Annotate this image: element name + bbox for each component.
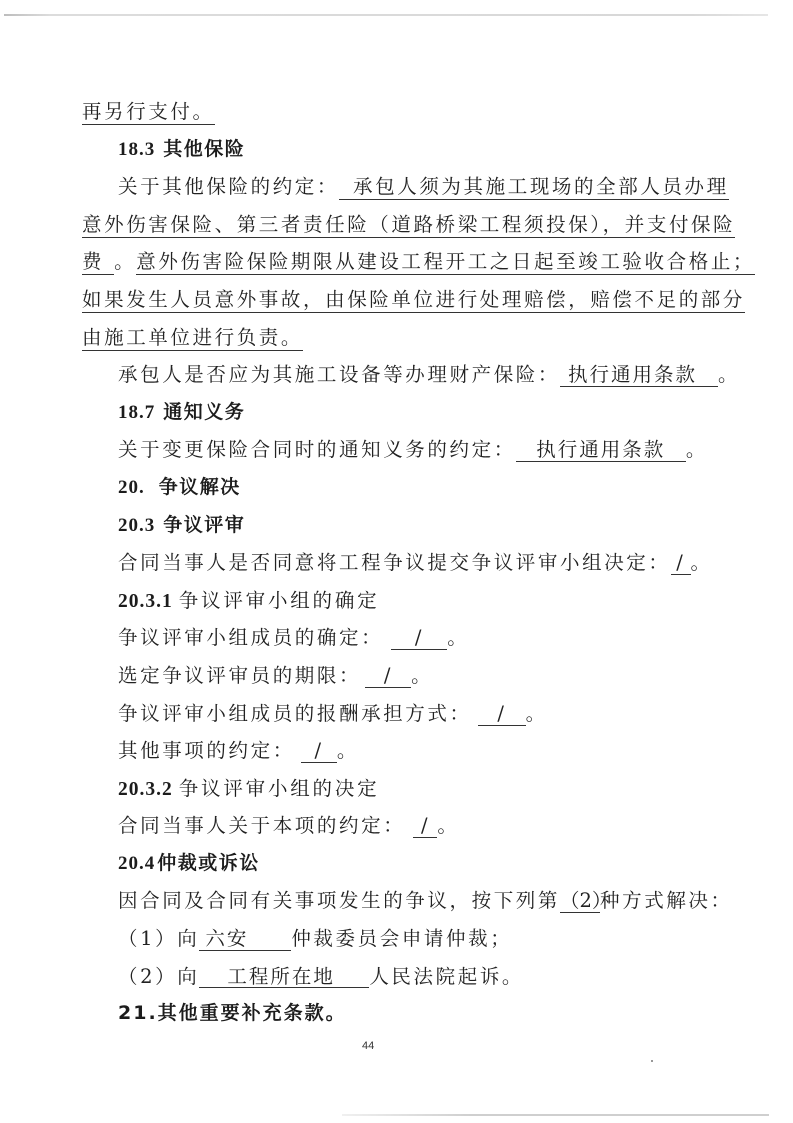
punctuation: 。 [447,626,469,649]
section-title: 通知义务 [163,401,245,423]
field-value: 执行通用条款 [560,364,718,387]
field-label: 因合同及合同有关事项发生的争议，按下列第 [118,889,560,912]
punctuation: 。 [337,739,359,762]
field-label: 争议评审小组成员的确定： [118,626,383,649]
option-prefix: （1）向 [118,927,199,950]
field-label: 其他事项的约定： [118,739,295,762]
field-value: （2） [560,890,600,913]
field-value: 由施工单位进行负责。 [82,326,303,351]
underlined-text: 再另行支付。 [82,100,215,125]
section-heading-21: 21.其他重要补充条款。 [82,995,682,1033]
field-value: 六安 [199,928,291,951]
scan-edge-bottom [342,1114,769,1116]
field-label: 关于变更保险合同时的通知义务的约定： [118,438,516,461]
section-number: 18.3 [118,139,155,160]
field-value: / [671,552,691,575]
option-suffix: 仲裁委员会申请仲裁； [291,927,512,950]
text-line: 合同当事人是否同意将工程争议提交争议评审小组决定：/。 [82,544,682,582]
section-title: 争议评审 [163,514,245,536]
section-title: 21.其他重要补充条款。 [118,1002,347,1024]
section-number: 20.3.1 [118,591,173,612]
section-heading-20-3-1: 20.3.1争议评审小组的确定 [82,582,682,620]
punctuation: 。 [411,664,433,687]
field-value: / [478,703,526,726]
text-line: 其他事项的约定：/。 [82,732,682,770]
punctuation: 。 [718,363,740,386]
field-value: 意外伤害险保险期限从建设工程开工之日起至竣工验收合格止； [136,250,755,275]
punctuation: 。 [691,551,713,574]
section-heading-20: 20.争议解决 [82,469,682,507]
field-value: 工程所在地 [199,966,369,988]
section-title: 其他保险 [163,138,245,160]
field-label: 种方式解决： [600,889,733,912]
section-title: 争议评审小组的决定 [179,777,380,800]
punctuation: 。 [437,814,459,837]
section-heading-20-3: 20.3争议评审 [82,507,682,545]
scan-edge-top [4,14,768,16]
scan-speck [651,1060,653,1062]
field-label: 关于其他保险的约定： [118,175,339,198]
text-line: 关于变更保险合同时的通知义务的约定：执行通用条款。 [82,431,682,469]
section-number: 20.3.2 [118,779,173,800]
document-page: 再另行支付。 18.3其他保险 关于其他保险的约定：承包人须为其施工现场的全部人… [82,93,682,1033]
text-line: 选定争议评审员的期限：/。 [82,657,682,695]
field-value: / [365,665,411,688]
section-title: 争议解决 [159,476,241,498]
section-title: 争议评审小组的确定 [179,589,380,612]
section-number: 20.3 [118,515,155,536]
field-label: 合同当事人是否同意将工程争议提交争议评审小组决定： [118,551,671,574]
section-number: 20.4 [118,853,155,874]
text-line: 因合同及合同有关事项发生的争议，按下列第（2）种方式解决： [82,882,682,920]
field-value: 意外伤害保险、第三者责任险（道路桥梁工程须投保），并支付保险 [82,213,735,238]
field-label: 承包人是否应为其施工设备等办理财产保险： [118,363,560,386]
field-value: / [391,627,447,650]
section-number: 20. [118,477,145,498]
text-line: 争议评审小组成员的报酬承担方式：/。 [82,695,682,733]
field-label: 选定争议评审员的期限： [118,664,361,687]
text-line: 关于其他保险的约定：承包人须为其施工现场的全部人员办理 [82,168,682,206]
section-number: 18.7 [118,402,155,423]
punctuation: 。 [114,250,136,273]
field-value: 费 [82,250,114,275]
field-value: 承包人须为其施工现场的全部人员办理 [339,175,729,200]
text-line: （2）向工程所在地人民法院起诉。 [82,958,682,996]
text-line: 意外伤害保险、第三者责任险（道路桥梁工程须投保），并支付保险 [82,206,682,244]
field-value: / [301,740,337,763]
punctuation: 。 [526,702,548,725]
field-value: 执行通用条款 [516,439,686,462]
section-heading-20-3-2: 20.3.2争议评审小组的决定 [82,770,682,808]
option-suffix: 人民法院起诉。 [369,965,524,988]
field-value: / [413,815,437,838]
text-line: 费。意外伤害险保险期限从建设工程开工之日起至竣工验收合格止； [82,243,682,281]
text-line: 再另行支付。 [82,93,682,131]
section-title: 仲裁或诉讼 [157,852,260,874]
field-label: 合同当事人关于本项的约定： [118,814,405,837]
text-line: 承包人是否应为其施工设备等办理财产保险：执行通用条款。 [82,356,682,394]
text-line: 合同当事人关于本项的约定：/。 [82,807,682,845]
text-line: 如果发生人员意外事故，由保险单位进行处理赔偿，赔偿不足的部分 [82,281,682,319]
section-heading-20-4: 20.4仲裁或诉讼 [82,845,682,883]
field-value: 如果发生人员意外事故，由保险单位进行处理赔偿，赔偿不足的部分 [82,288,745,313]
text-line: 由施工单位进行负责。 [82,319,682,357]
punctuation: 。 [686,438,708,461]
text-line: （1）向六安仲裁委员会申请仲裁； [82,920,682,958]
text-line: 争议评审小组成员的确定：/。 [82,619,682,657]
field-label: 争议评审小组成员的报酬承担方式： [118,702,472,725]
option-prefix: （2）向 [118,965,199,988]
section-heading-18-3: 18.3其他保险 [82,131,682,169]
section-heading-18-7: 18.7通知义务 [82,394,682,432]
page-number: 44 [362,1040,374,1052]
